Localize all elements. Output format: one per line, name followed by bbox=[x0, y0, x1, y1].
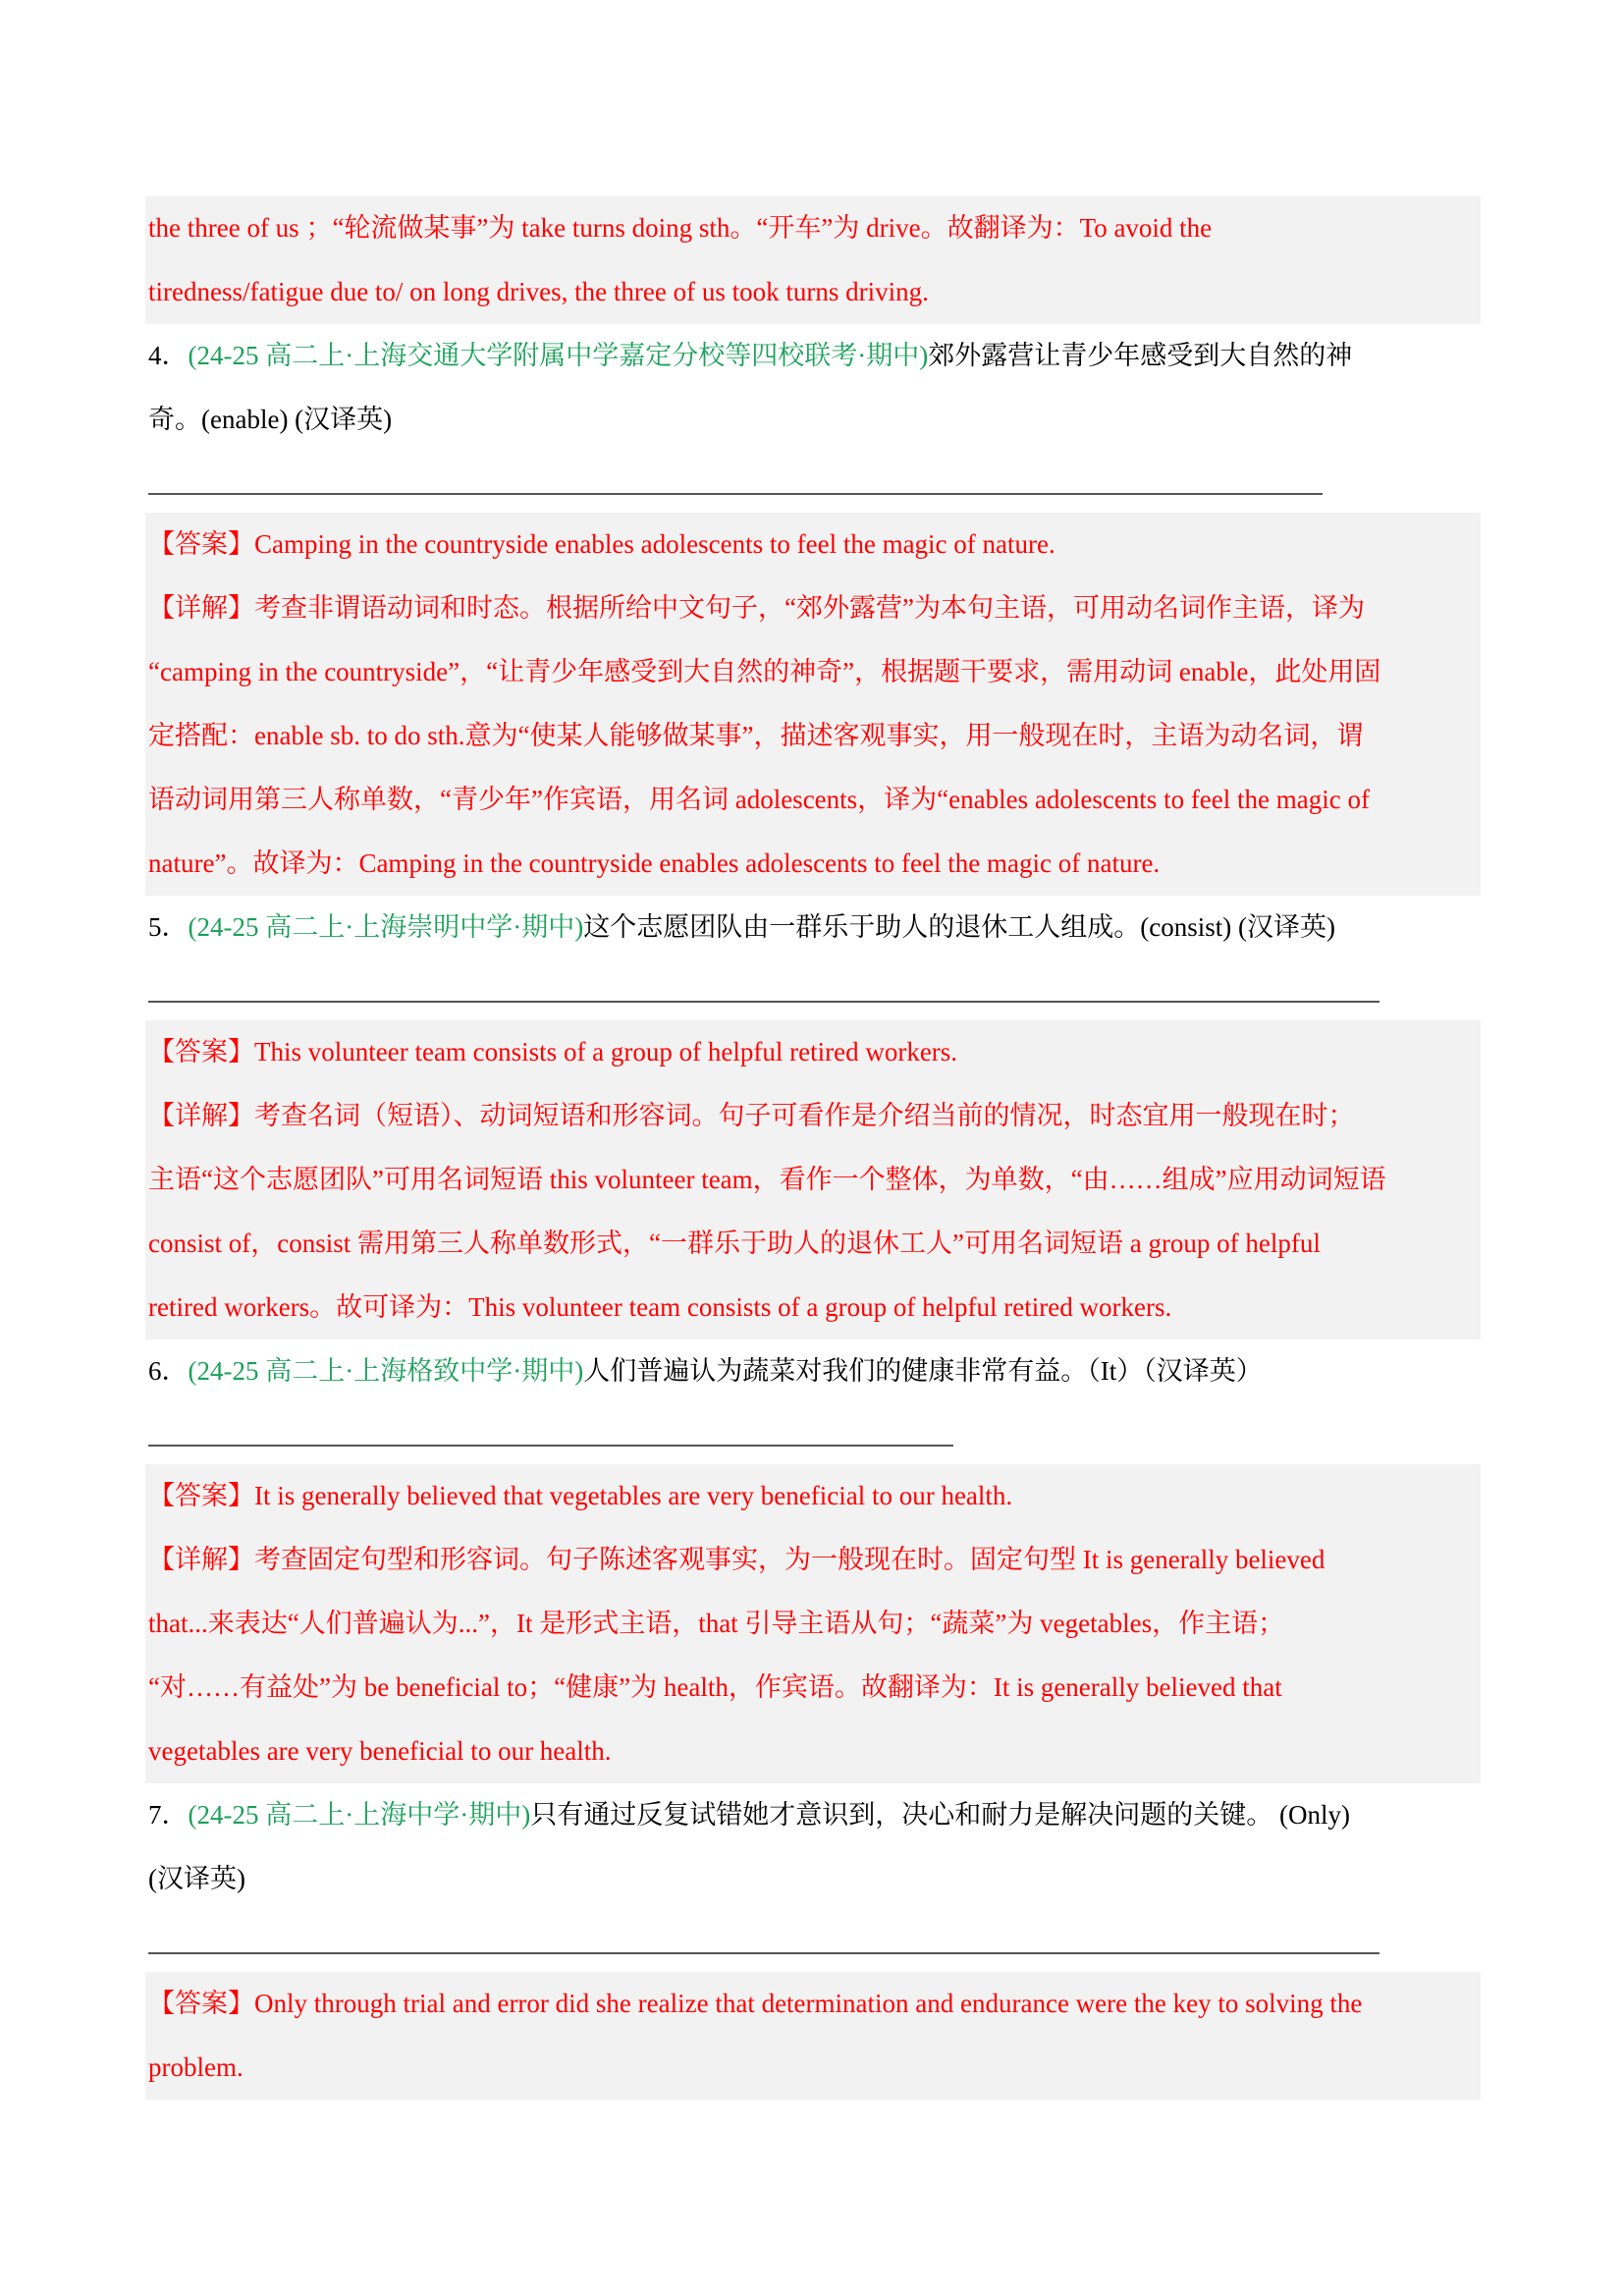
answer-text: Only through trial and error did she rea… bbox=[254, 1989, 1362, 2018]
question-stem: 4．(24-25 高二上·上海交通大学附属中学嘉定分校等四校联考·期中)郊外露营… bbox=[145, 324, 1481, 388]
document-page: the three of us ；“轮流做某事”为 take turns doi… bbox=[145, 196, 1481, 2100]
detail-label: 【详解】 bbox=[148, 1101, 254, 1130]
question-number: 4． bbox=[148, 341, 189, 370]
answer-box: 【答案】This volunteer team consists of a gr… bbox=[145, 1020, 1481, 1339]
detail-text: consist of，consist 需用第三人称单数形式，“一群乐于助人的退休… bbox=[148, 1212, 1478, 1276]
detail-text: retired workers。故可译为：This volunteer team… bbox=[148, 1276, 1478, 1339]
answer-blank-line[interactable] bbox=[148, 1952, 1380, 1954]
detail-text: vegetables are very beneficial to our he… bbox=[148, 1720, 1478, 1783]
question-source: (24-25 高二上·上海中学·期中) bbox=[189, 1800, 531, 1830]
question-stem: 5．(24-25 高二上·上海崇明中学·期中)这个志愿团队由一群乐于助人的退休工… bbox=[145, 896, 1481, 959]
question-number: 5． bbox=[148, 912, 189, 942]
question-stem-cont: (汉译英) bbox=[145, 1847, 1481, 1911]
answer-text: problem. bbox=[148, 2036, 1478, 2100]
detail-text: “camping in the countryside”，“让青少年感受到大自然… bbox=[148, 640, 1478, 704]
detail-text: that...来表达“人们普遍认为...”，It 是形式主语，that 引导主语… bbox=[148, 1592, 1478, 1656]
answer-box-prev: the three of us ；“轮流做某事”为 take turns doi… bbox=[145, 196, 1481, 324]
answer-label: 【答案】 bbox=[148, 1037, 254, 1066]
question-number: 7． bbox=[148, 1800, 189, 1830]
answer-line: the three of us ；“轮流做某事”为 take turns doi… bbox=[148, 196, 1478, 260]
answer-blank-line[interactable] bbox=[148, 493, 1323, 495]
question-source: (24-25 高二上·上海格致中学·期中) bbox=[189, 1356, 584, 1386]
answer-text: Camping in the countryside enables adole… bbox=[254, 529, 1055, 559]
question-text: 只有通过反复试错她才意识到，决心和耐力是解决问题的关键。 (Only) bbox=[530, 1800, 1350, 1830]
answer-box: 【答案】It is generally believed that vegeta… bbox=[145, 1464, 1481, 1783]
question-number: 6． bbox=[148, 1356, 189, 1386]
question-stem: 6．(24-25 高二上·上海格致中学·期中)人们普遍认为蔬菜对我们的健康非常有… bbox=[145, 1339, 1481, 1403]
question-stem-cont: 奇。(enable) (汉译英) bbox=[145, 388, 1481, 452]
answer-text: This volunteer team consists of a group … bbox=[254, 1037, 957, 1066]
detail-text: 主语“这个志愿团队”可用名词短语 this volunteer team，看作一… bbox=[148, 1148, 1478, 1212]
question-7: 7．(24-25 高二上·上海中学·期中)只有通过反复试错她才意识到，决心和耐力… bbox=[145, 1783, 1481, 2100]
detail-text: 考查名词（短语）、动词短语和形容词。句子可看作是介绍当前的情况，时态宜用一般现在… bbox=[254, 1101, 1355, 1130]
question-text: 人们普遍认为蔬菜对我们的健康非常有益。（It）（汉译英） bbox=[583, 1356, 1263, 1386]
detail-text: nature”。故译为：Camping in the countryside e… bbox=[148, 832, 1478, 896]
answer-label: 【答案】 bbox=[148, 1989, 254, 2018]
detail-text: 定搭配：enable sb. to do sth.意为“使某人能够做某事”，描述… bbox=[148, 704, 1478, 768]
answer-label: 【答案】 bbox=[148, 1481, 254, 1510]
question-text: 这个志愿团队由一群乐于助人的退休工人组成。(consist) (汉译英) bbox=[583, 912, 1335, 942]
detail-text: 考查非谓语动词和时态。根据所给中文句子，“郊外露营”为本句主语，可用动名词作主语… bbox=[254, 593, 1365, 623]
detail-label: 【详解】 bbox=[148, 1545, 254, 1574]
question-5: 5．(24-25 高二上·上海崇明中学·期中)这个志愿团队由一群乐于助人的退休工… bbox=[145, 896, 1481, 1339]
detail-text: 考查固定句型和形容词。句子陈述客观事实，为一般现在时。固定句型 It is ge… bbox=[254, 1545, 1325, 1574]
answer-line: tiredness/fatigue due to/ on long drives… bbox=[148, 260, 1478, 324]
question-4: 4．(24-25 高二上·上海交通大学附属中学嘉定分校等四校联考·期中)郊外露营… bbox=[145, 324, 1481, 896]
answer-blank-line[interactable] bbox=[148, 1445, 953, 1447]
answer-label: 【答案】 bbox=[148, 529, 254, 559]
answer-box: 【答案】Only through trial and error did she… bbox=[145, 1972, 1481, 2100]
question-stem: 7．(24-25 高二上·上海中学·期中)只有通过反复试错她才意识到，决心和耐力… bbox=[145, 1783, 1481, 1847]
question-text: 郊外露营让青少年感受到大自然的神 bbox=[928, 341, 1352, 370]
answer-box: 【答案】Camping in the countryside enables a… bbox=[145, 513, 1481, 896]
question-source: (24-25 高二上·上海崇明中学·期中) bbox=[189, 912, 584, 942]
question-source: (24-25 高二上·上海交通大学附属中学嘉定分校等四校联考·期中) bbox=[189, 341, 929, 370]
question-6: 6．(24-25 高二上·上海格致中学·期中)人们普遍认为蔬菜对我们的健康非常有… bbox=[145, 1339, 1481, 1783]
detail-text: 语动词用第三人称单数，“青少年”作宾语，用名词 adolescents，译为“e… bbox=[148, 768, 1478, 832]
answer-blank-line[interactable] bbox=[148, 1001, 1380, 1003]
answer-text: It is generally believed that vegetables… bbox=[254, 1481, 1012, 1510]
detail-text: “对……有益处”为 be beneficial to；“健康”为 health，… bbox=[148, 1656, 1478, 1720]
detail-label: 【详解】 bbox=[148, 593, 254, 623]
